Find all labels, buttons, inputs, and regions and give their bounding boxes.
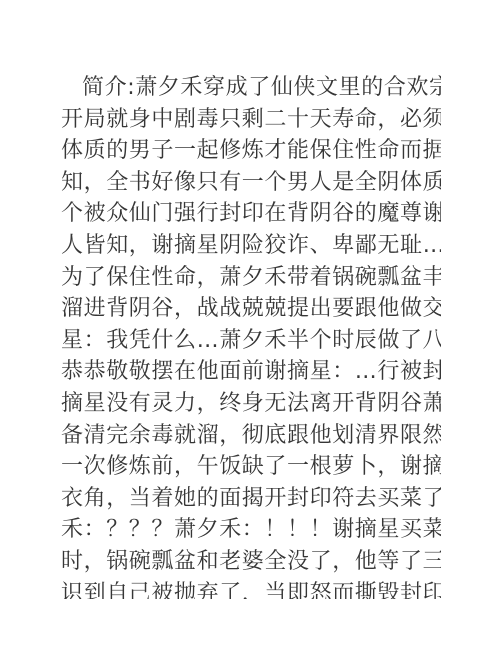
synopsis-text-block: 简介:萧夕禾穿成了仙侠文里的合欢宗女修, 开局就身中剧毒只剩二十天寿命，必须与全… bbox=[61, 72, 441, 599]
text-line-6: 人皆知，谢摘星阴险狡诈、卑鄙无耻…且爱吃 bbox=[61, 230, 441, 262]
text-line-1: 简介:萧夕禾穿成了仙侠文里的合欢宗女修, bbox=[61, 72, 441, 104]
document-page: 简介:萧夕禾穿成了仙侠文里的合欢宗女修, 开局就身中剧毒只剩二十天寿命，必须与全… bbox=[0, 0, 500, 666]
text-line-15: 禾：？？？萧夕禾：！！！谢摘星买菜回来 bbox=[61, 514, 441, 546]
text-line-3: 体质的男子一起修炼才能保住性命而据她所 bbox=[61, 135, 441, 167]
text-line-5: 个被众仙门强行封印在背阴谷的魔尊谢摘星世 bbox=[61, 198, 441, 230]
text-line-11: 摘星没有灵力，终身无法离开背阴谷萧夕禾准 bbox=[61, 388, 441, 420]
text-line-16: 时，锅碗瓢盆和老婆全没了，他等了三天才意 bbox=[61, 546, 441, 578]
text-line-14: 衣角，当着她的面揭开封印符去买菜了萧夕 bbox=[61, 483, 441, 515]
text-line-7: 为了保住性命，萧夕禾带着锅碗瓢盆丰盛食材 bbox=[61, 262, 441, 294]
text-line-12: 备清完余毒就溜，彻底跟他划清界限然而最后 bbox=[61, 420, 441, 452]
text-line-4: 知，全书好像只有一个男人是全阴体质——那 bbox=[61, 167, 441, 199]
text-line-9: 星：我凭什么…萧夕禾半个时辰做了八个菜， bbox=[61, 325, 441, 357]
text-line-13: 一次修炼前，午饭缺了一根萝卜，谢摘星掸掸 bbox=[61, 451, 441, 483]
text-line-10: 恭恭敬敬摆在他面前谢摘星：…行被封印的谢 bbox=[61, 356, 441, 388]
text-line-8: 溜进背阴谷，战战兢兢提出要跟他做交易谢摘 bbox=[61, 293, 441, 325]
text-line-2: 开局就身中剧毒只剩二十天寿命，必须与全阴 bbox=[61, 104, 441, 136]
text-line-17: 识到自己被抛弃了，当即怒而撕毁封印，疯狗 bbox=[61, 578, 441, 600]
